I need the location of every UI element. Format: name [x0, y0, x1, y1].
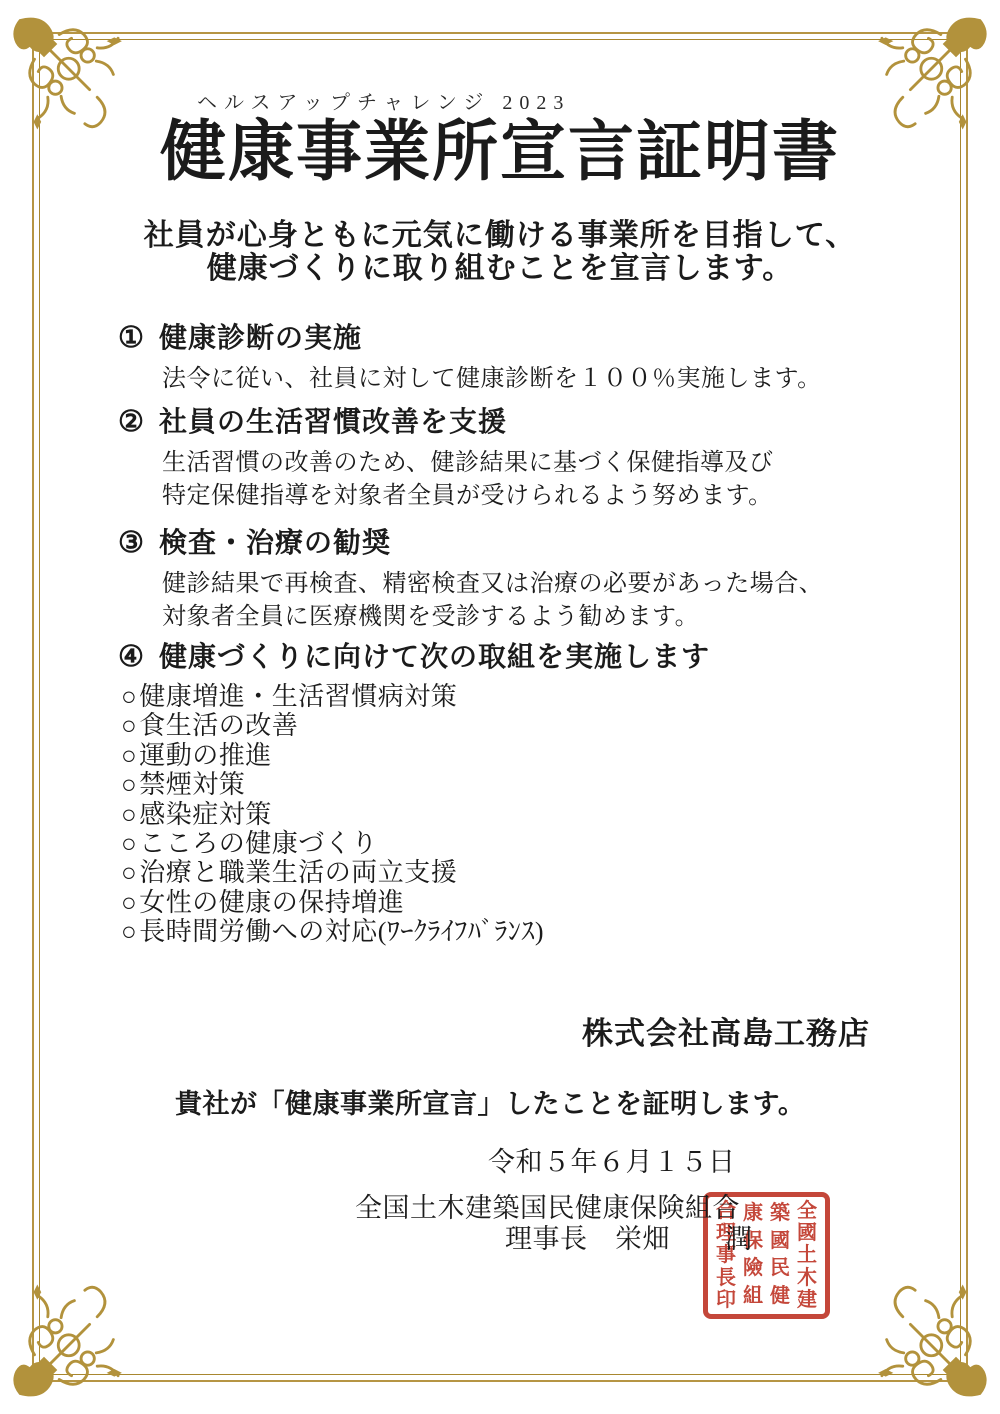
section-heading: 検査・治療の勧奨 [159, 521, 391, 561]
list-item-label: 治療と職業生活の両立支援 [139, 858, 457, 887]
director-signature: 理事長 栄畑 潤 [505, 1217, 753, 1256]
section-number: ② [118, 404, 145, 439]
list-item-label: 長時間労働への対応(ﾜｰｸﾗｲﾌﾊﾞﾗﾝｽ) [139, 917, 544, 946]
section-body-line: 特定保健指導を対象者全員が受けられるよう努めます。 [162, 480, 920, 513]
section-number: ① [118, 320, 145, 355]
company-name: 株式会社高島工務店 [582, 1008, 870, 1053]
section-lifestyle-support: ② 社員の生活習慣改善を支援 生活習慣の改善のため、健診結果に基づく保健指導及び… [118, 400, 920, 513]
certificate-page: ヘルスアップチャレンジ 2023 健康事業所宣言証明書 社員が心身ともに元気に働… [0, 0, 1000, 1414]
issue-date: 令和５年６月１５日 [488, 1140, 736, 1179]
section-body-line: 健診結果で再検査、精密検査又は治療の必要があった場合、 [162, 568, 920, 601]
section-initiatives: ④ 健康づくりに向けて次の取組を実施します [118, 635, 920, 675]
list-item: ○健康増進・生活習慣病対策 [121, 682, 544, 711]
section-body-line: 対象者全員に医療機関を受診するよう勧めます。 [162, 601, 920, 634]
corner-flourish-icon [842, 1256, 994, 1408]
list-item: ○長時間労働への対応(ﾜｰｸﾗｲﾌﾊﾞﾗﾝｽ) [121, 917, 544, 946]
certify-statement: 貴社が「健康事業所宣言」したことを証明します。 [175, 1082, 805, 1121]
circle-bullet: ○ [121, 711, 137, 740]
seal-column: 築國民健 [769, 1200, 791, 1311]
list-item: ○こころの健康づくり [121, 829, 544, 858]
seal-column: 全國土木建 [796, 1200, 818, 1311]
circle-bullet: ○ [121, 888, 137, 917]
list-item-label: 女性の健康の保持増進 [139, 888, 404, 917]
list-item: ○運動の推進 [121, 741, 544, 770]
section-health-checkup: ① 健康診断の実施 法令に従い、社員に対して健康診断を１００％実施します。 [118, 316, 920, 396]
declaration-statement: 社員が心身ともに元気に働ける事業所を目指して、 健康づくりに取り組むことを宣言し… [0, 219, 1000, 285]
list-item-label: 禁煙対策 [139, 770, 245, 799]
section-heading: 社員の生活習慣改善を支援 [159, 400, 507, 440]
list-item: ○禁煙対策 [121, 770, 544, 799]
circle-bullet: ○ [121, 682, 137, 711]
section-heading-row: ① 健康診断の実施 [118, 316, 920, 356]
section-number: ④ [118, 639, 145, 674]
circle-bullet: ○ [121, 829, 137, 858]
list-item-label: 食生活の改善 [139, 711, 298, 740]
list-item-label: こころの健康づくり [139, 829, 378, 858]
section-heading: 健康づくりに向けて次の取組を実施します [159, 635, 710, 675]
corner-flourish-icon [6, 1256, 158, 1408]
section-heading-row: ② 社員の生活習慣改善を支援 [118, 400, 920, 440]
list-item: ○感染症対策 [121, 800, 544, 829]
section-heading-row: ③ 検査・治療の勧奨 [118, 521, 920, 561]
list-item-label: 健康増進・生活習慣病対策 [139, 682, 457, 711]
list-item-label: 運動の推進 [139, 741, 272, 770]
circle-bullet: ○ [121, 770, 137, 799]
list-item-label: 感染症対策 [139, 800, 272, 829]
circle-bullet: ○ [121, 858, 137, 887]
list-item: ○女性の健康の保持増進 [121, 888, 544, 917]
section-body: 生活習慣の改善のため、健診結果に基づく保健指導及び 特定保健指導を対象者全員が受… [162, 447, 920, 513]
circle-bullet: ○ [121, 800, 137, 829]
certificate-title: 健康事業所宣言証明書 [0, 116, 1000, 190]
initiatives-list: ○健康増進・生活習慣病対策 ○食生活の改善 ○運動の推進 ○禁煙対策 ○感染症対… [121, 682, 544, 947]
section-exam-treatment: ③ 検査・治療の勧奨 健診結果で再検査、精密検査又は治療の必要があった場合、 対… [118, 521, 920, 634]
circle-bullet: ○ [121, 917, 137, 946]
section-body: 健診結果で再検査、精密検査又は治療の必要があった場合、 対象者全員に医療機関を受… [162, 568, 920, 634]
section-body: 法令に従い、社員に対して健康診断を１００％実施します。 [162, 363, 920, 396]
circle-bullet: ○ [121, 741, 137, 770]
list-item: ○治療と職業生活の両立支援 [121, 858, 544, 887]
section-body-line: 生活習慣の改善のため、健診結果に基づく保健指導及び [162, 447, 920, 480]
list-item: ○食生活の改善 [121, 711, 544, 740]
section-heading-row: ④ 健康づくりに向けて次の取組を実施します [118, 635, 920, 675]
declaration-line-2: 健康づくりに取り組むことを宣言します。 [0, 252, 1000, 285]
section-heading: 健康診断の実施 [159, 316, 362, 356]
declaration-line-1: 社員が心身ともに元気に働ける事業所を目指して、 [0, 219, 1000, 252]
section-body-line: 法令に従い、社員に対して健康診断を１００％実施します。 [162, 363, 920, 396]
section-number: ③ [118, 525, 145, 560]
program-subtitle: ヘルスアップチャレンジ 2023 [197, 86, 570, 115]
